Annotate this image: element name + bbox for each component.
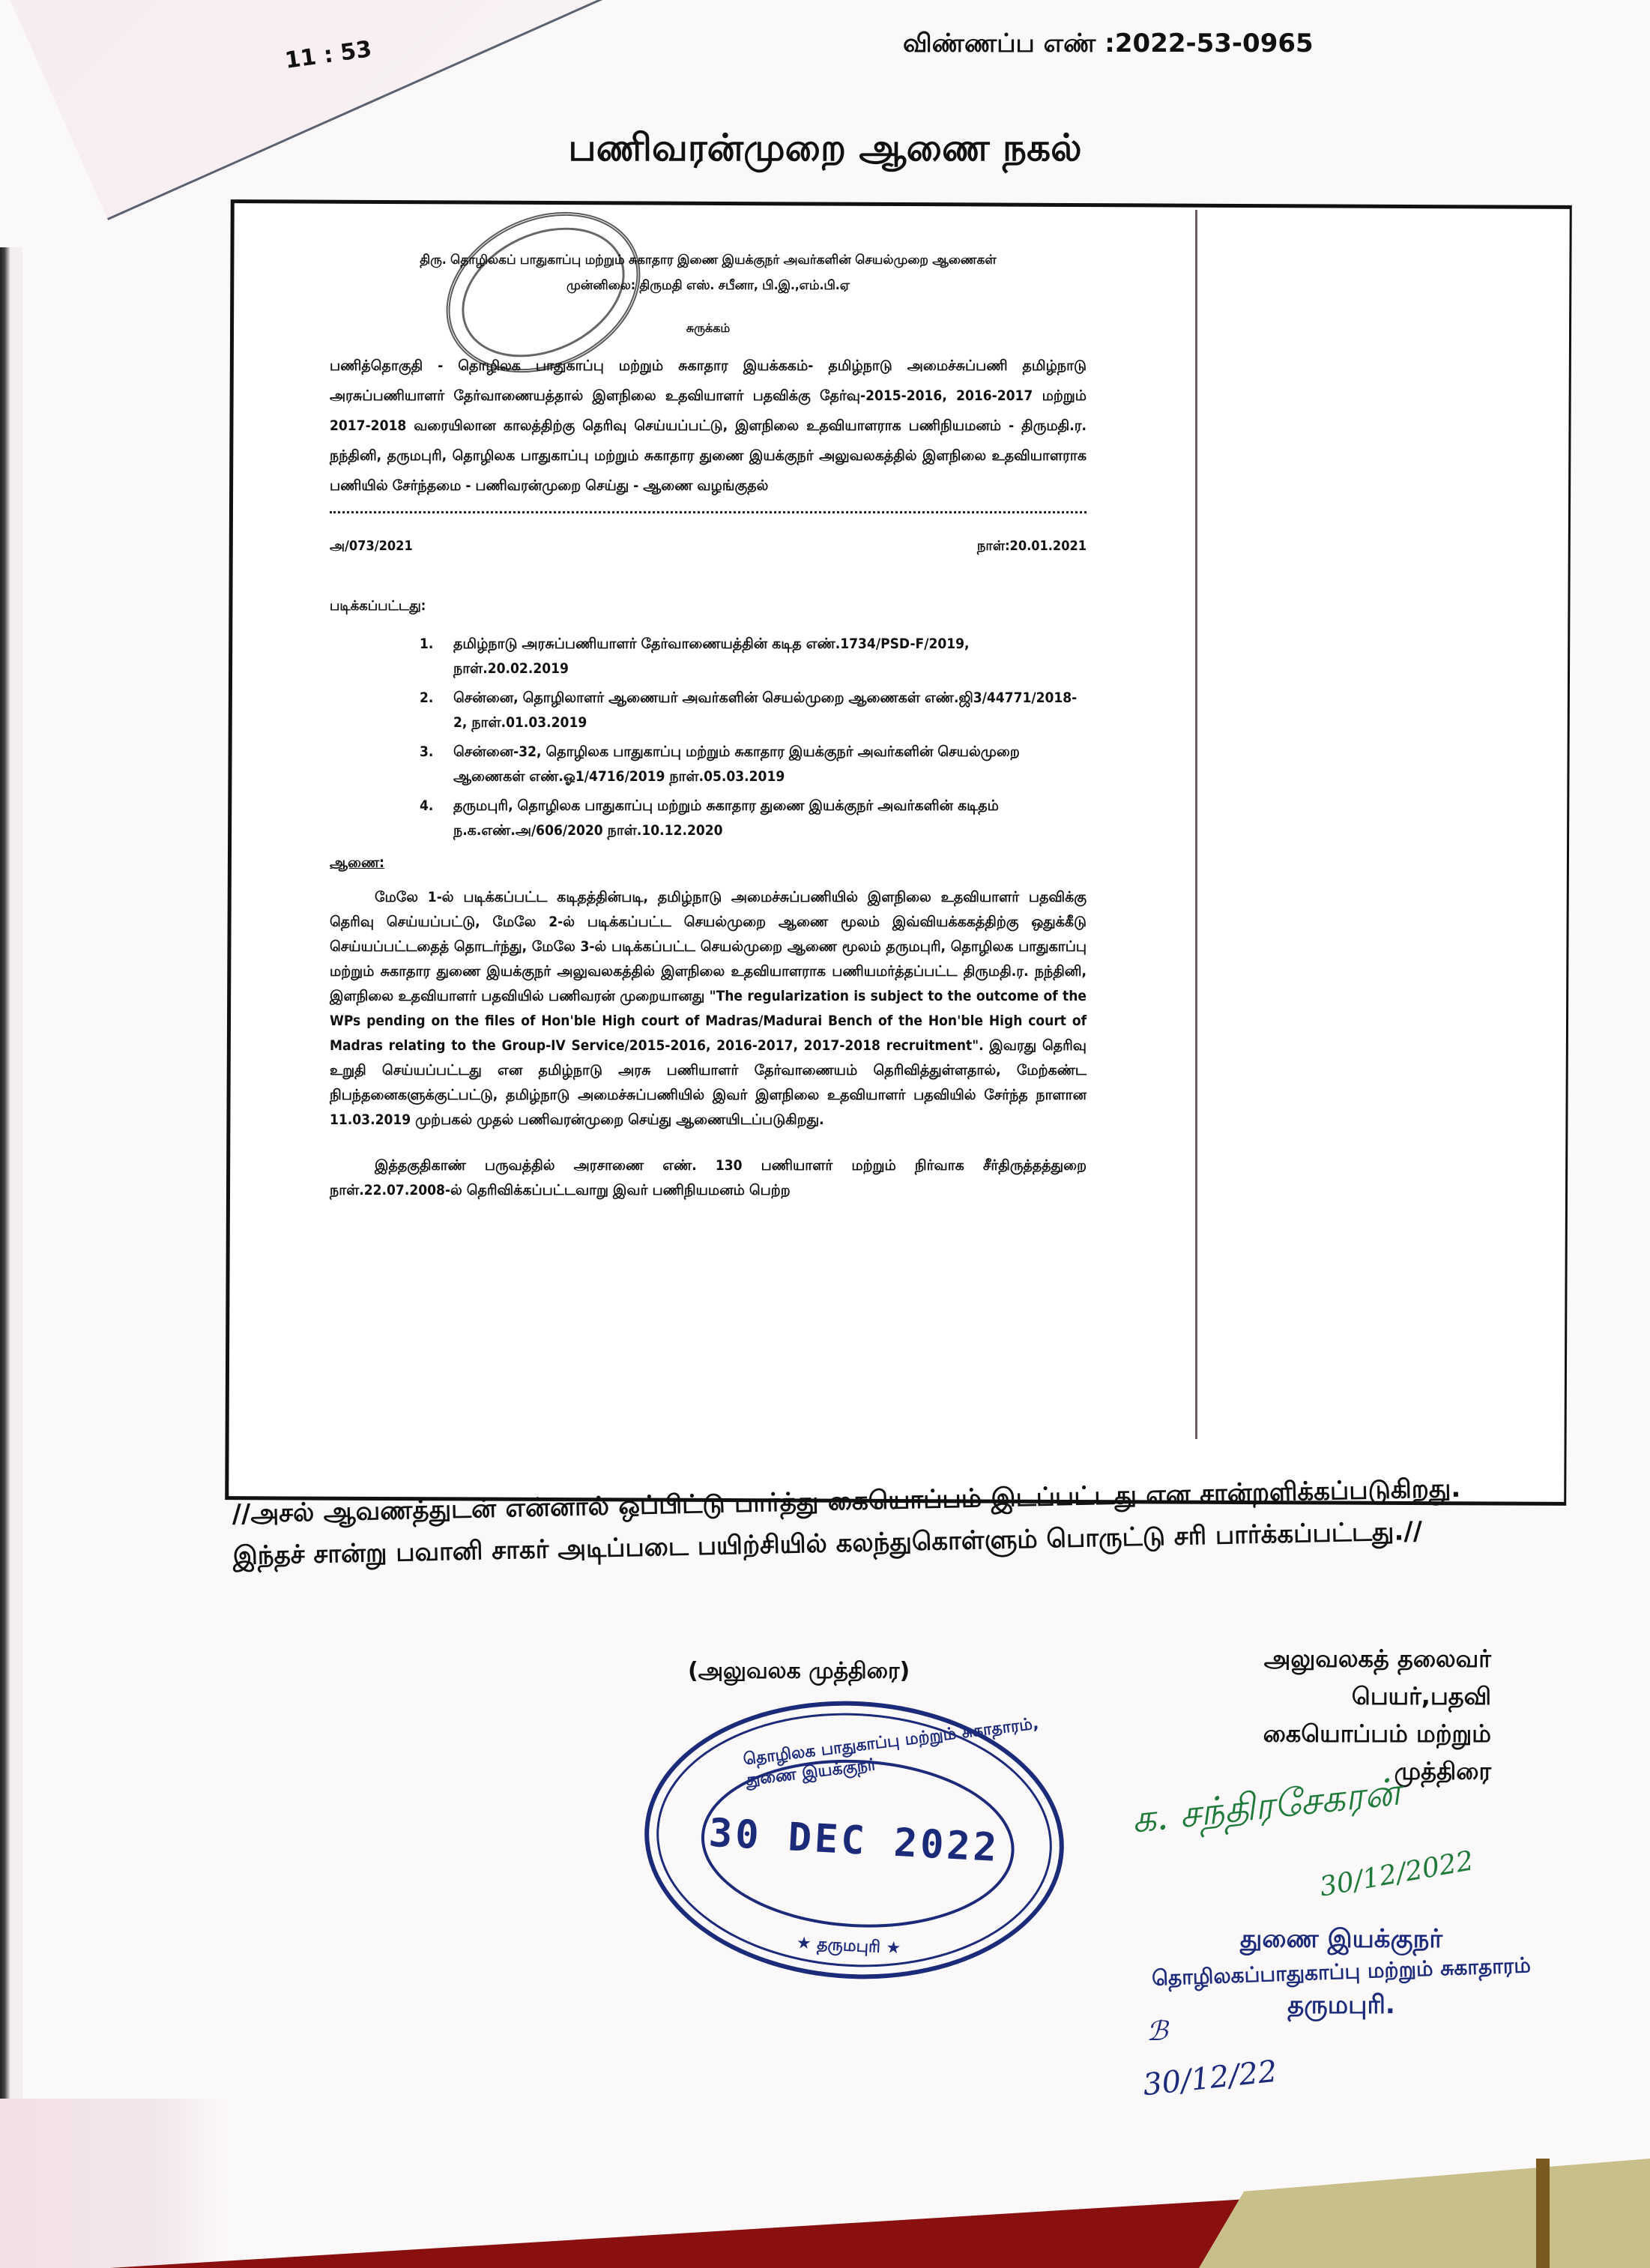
order-label: ஆணை: xyxy=(330,848,1087,878)
reference-number: அ/073/2021 xyxy=(330,531,413,561)
designation-stamp: துணை இயக்குநர் தொழிலகப்பாதுகாப்பு மற்றும… xyxy=(1131,1922,1551,2021)
page-edge-shadow xyxy=(0,247,22,2268)
issuer-line-2: முன்னிலை: திருமதி எஸ். சபீனா, பி.இ.,எம்.… xyxy=(330,273,1087,298)
initial-date: 30/12/22 xyxy=(1141,2054,1278,2103)
background-post xyxy=(1536,2159,1550,2268)
seal-caption: (அலுவலக முத்திரை) xyxy=(688,1658,910,1687)
read-label: படிக்கப்பட்டது: xyxy=(330,591,1087,621)
reference-item: 1.தமிழ்நாடு அரசுப்பணியாளர் தேர்வாணையத்தி… xyxy=(420,632,1087,681)
subject-label: சுருக்கம் xyxy=(330,313,1087,343)
scanned-order: திரு. தொழிலகப் பாதுகாப்பு மற்றும் சுகாதா… xyxy=(330,247,1087,1203)
officer-block: அலுவலகத் தலைவர் பெயர்,பதவி கையொப்பம் மற்… xyxy=(1176,1640,1491,1790)
dotted-divider xyxy=(330,511,1087,513)
reference-item: 3.சென்னை-32, தொழிலக பாதுகாப்பு மற்றும் ச… xyxy=(420,740,1087,789)
references-list: 1.தமிழ்நாடு அரசுப்பணியாளர் தேர்வாணையத்தி… xyxy=(330,632,1087,843)
initial-signature: ℬ xyxy=(1146,2016,1167,2047)
application-number: விண்ணப்ப எண் :2022-53-0965 xyxy=(903,28,1314,61)
issuer-line-1: திரு. தொழிலகப் பாதுகாப்பு மற்றும் சுகாதா… xyxy=(330,247,1087,273)
officer-line: அலுவலகத் தலைவர் xyxy=(1176,1640,1491,1677)
reference-item: 4.தருமபுரி, தொழிலக பாதுகாப்பு மற்றும் சு… xyxy=(420,794,1087,843)
subject-text: பணித்தொகுதி - தொழிலக பாதுகாப்பு மற்றும் … xyxy=(330,351,1087,501)
order-paragraph-1: மேலே 1-ல் படிக்கப்பட்ட கடிதத்தின்படி, தம… xyxy=(330,885,1087,1133)
handwritten-sign-date: 30/12/2022 xyxy=(1317,1845,1475,1902)
background-table-beige xyxy=(1199,2159,1650,2268)
background-table-red xyxy=(60,2196,1296,2268)
officer-line: பெயர்,பதவி xyxy=(1176,1677,1491,1715)
document-title: பணிவரன்முறை ஆணை நகல் xyxy=(0,126,1650,175)
stamp-bottom-text: ★ தருமபுரி ★ xyxy=(643,1925,1054,1968)
paper-shadow xyxy=(0,2099,225,2268)
scan-inner-border xyxy=(1195,210,1197,1439)
order-date: நாள்:20.01.2021 xyxy=(977,531,1087,561)
folded-page-corner xyxy=(0,0,998,220)
order-paragraph-2: இத்தகுதிகாண் பருவத்தில் அரசாணை எண். 130 … xyxy=(330,1153,1087,1203)
reference-row: அ/073/2021 நாள்:20.01.2021 xyxy=(330,531,1087,561)
office-seal-stamp: தொழிலக பாதுகாப்பு மற்றும் சுகாதாரம், துண… xyxy=(638,1691,1072,1990)
officer-line: கையொப்பம் மற்றும் xyxy=(1176,1715,1491,1752)
reference-item: 2.சென்னை, தொழிலாளர் ஆணையர் அவர்களின் செய… xyxy=(420,686,1087,735)
